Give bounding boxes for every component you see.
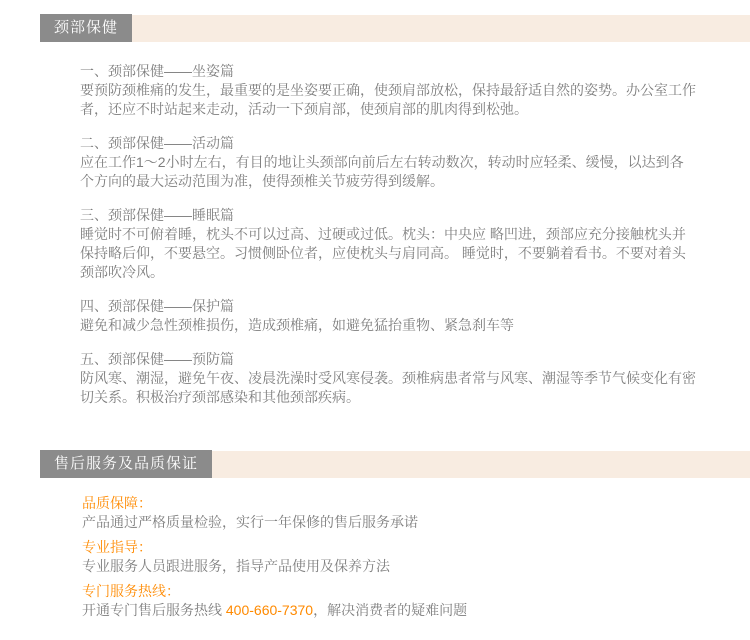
neck-care-section-activity: 二、颈部保健——活动篇 应在工作1～2小时左右，有目的地让头颈部向前后左右转动数… [80,134,696,191]
hotline-text-suffix: ，解决消费者的疑难问题 [313,602,467,618]
neck-care-section-posture: 一、颈部保健——坐姿篇 要预防颈椎痛的发生，最重要的是坐姿要正确，使颈肩部放松，… [80,62,696,119]
after-sales-content: 品质保障： 产品通过严格质量检验，实行一年保修的售后服务承诺 专业指导： 专业服… [0,478,750,620]
service-item-label: 专业指导： [82,538,696,557]
service-item-body: 产品通过严格质量检验，实行一年保修的售后服务承诺 [82,513,696,532]
neck-care-header-row: 颈部保健 [40,15,750,42]
section-title: 四、颈部保健——保护篇 [80,297,696,316]
section-title: 一、颈部保健——坐姿篇 [80,62,696,81]
neck-care-section-sleep: 三、颈部保健——睡眠篇 睡觉时不可俯着睡，枕头不可以过高、过硬或过低。枕头：中央… [80,206,696,282]
hotline-phone-number: 400-660-7370 [226,602,313,618]
service-item-body: 专业服务人员跟进服务，指导产品使用及保养方法 [82,557,696,576]
neck-care-section-prevention: 五、颈部保健——预防篇 防风寒、潮湿，避免午夜、凌晨洗澡时受风寒侵袭。颈椎病患者… [80,350,696,407]
service-item-body: 开通专门售后服务热线 400-660-7370，解决消费者的疑难问题 [82,601,696,620]
neck-care-section-protection: 四、颈部保健——保护篇 避免和减少急性颈椎损伤，造成颈椎痛，如避免猛抬重物、紧急… [80,297,696,335]
after-sales-header-row: 售后服务及品质保证 [40,451,750,478]
section-body: 应在工作1～2小时左右，有目的地让头颈部向前后左右转动数次，转动时应轻柔、缓慢，… [80,153,696,191]
service-item-label: 专门服务热线： [82,582,696,601]
section-title: 五、颈部保健——预防篇 [80,350,696,369]
service-item-label: 品质保障： [82,494,696,513]
section-body: 睡觉时不可俯着睡，枕头不可以过高、过硬或过低。枕头：中央应 略凹进，颈部应充分接… [80,225,696,282]
section-body: 要预防颈椎痛的发生，最重要的是坐姿要正确，使颈肩部放松，保持最舒适自然的姿势。办… [80,81,696,119]
service-item-quality: 品质保障： 产品通过严格质量检验，实行一年保修的售后服务承诺 [82,494,696,532]
after-sales-header-title: 售后服务及品质保证 [40,450,212,478]
section-title: 二、颈部保健——活动篇 [80,134,696,153]
section-title: 三、颈部保健——睡眠篇 [80,206,696,225]
section-body: 避免和减少急性颈椎损伤，造成颈椎痛，如避免猛抬重物、紧急刹车等 [80,316,696,335]
neck-care-article: 一、颈部保健——坐姿篇 要预防颈椎痛的发生，最重要的是坐姿要正确，使颈肩部放松，… [0,42,750,407]
service-item-hotline: 专门服务热线： 开通专门售后服务热线 400-660-7370，解决消费者的疑难… [82,582,696,620]
hotline-text-prefix: 开通专门售后服务热线 [82,602,226,618]
section-body: 防风寒、潮湿，避免午夜、凌晨洗澡时受风寒侵袭。颈椎病患者常与风寒、潮湿等季节气候… [80,369,696,407]
service-item-guidance: 专业指导： 专业服务人员跟进服务，指导产品使用及保养方法 [82,538,696,576]
neck-care-header-title: 颈部保健 [40,14,132,42]
